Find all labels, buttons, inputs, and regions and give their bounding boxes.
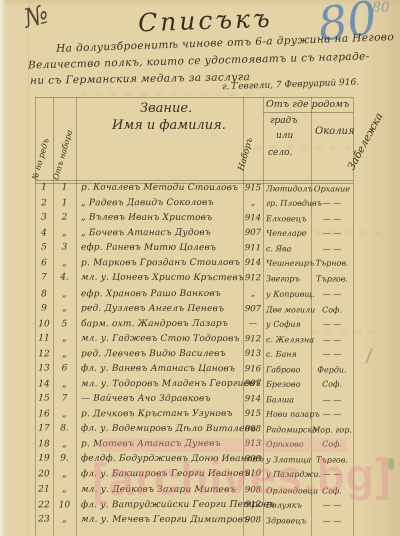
table-row: 10 5 барм. охт. Жандровъ Лазаръ — у Софи… — [35, 316, 353, 332]
cell-row-number: 21 — [35, 485, 53, 494]
cell-district: — — — [311, 199, 353, 207]
cell-row-number: 7 — [35, 274, 53, 283]
cell-birthplace: Нови пазаръ — [263, 410, 311, 418]
green-smudge — [388, 458, 394, 470]
cell-group: „ — [53, 411, 76, 420]
cell-group: „ — [53, 260, 76, 269]
cell-row-number: 2 — [35, 199, 53, 208]
cell-district: Мор. гор. — [311, 426, 353, 434]
cell-row-number: 10 — [35, 320, 53, 329]
cell-nabor-year: 907 — [243, 380, 263, 389]
watermark-text: [archives.bg] — [92, 447, 392, 506]
cell-row-number: 6 — [35, 260, 53, 269]
cell-group: 3 — [53, 244, 76, 253]
cell-group: 4. — [53, 274, 76, 283]
header-place-l1: градъ — [270, 116, 297, 126]
cell-district: Ферди. — [311, 366, 353, 374]
cell-nabor-year: 908 — [243, 426, 263, 435]
cell-group: 5 — [53, 320, 76, 329]
cell-birthplace: с. Баня — [263, 350, 311, 358]
cell-rank-name: мл. у. Тодоровъ Младенъ Георгиевъ — [76, 380, 243, 389]
header-origin-span: Отъ где родомъ — [266, 99, 349, 110]
cell-district: — — — [311, 517, 353, 525]
header-col-nabor: Наборъ — [236, 137, 255, 172]
cell-nabor-year: 908 — [243, 516, 263, 525]
cell-row-number: 20 — [35, 471, 53, 480]
cell-row-number: 15 — [35, 395, 53, 404]
subtitle-line-3: ни съ Германския медалъ за заслуга — [30, 71, 250, 87]
cell-rank-name: ред. Дузлевъ Ангелъ Пеневъ — [76, 304, 243, 314]
cell-district: Търгов. — [311, 275, 353, 283]
cell-rank-name: фл. у. Ваневъ Атанасъ Цановъ — [76, 365, 243, 375]
table-row: 9 „ ред. Дузлевъ Ангелъ Пеневъ 907 Две м… — [35, 301, 353, 317]
cell-group: 8. — [53, 425, 76, 434]
cell-group: „ — [53, 515, 76, 524]
table-row: 17 8. фл. у. Водемировъ Дѣло Виталевъ 90… — [35, 422, 353, 438]
cell-rank-name: р. Кочалевъ Методи Стоиловъ — [76, 184, 243, 194]
cell-rank-name: — Вайчевъ Ачо Здравковъ — [76, 395, 243, 405]
cell-nabor-year: 911 — [243, 245, 263, 254]
cell-rank-name: р. Дечковъ Кръстанъ Узуновъ — [76, 410, 243, 419]
cell-row-number: 13 — [35, 364, 53, 373]
cell-nabor-year: 914 — [243, 259, 263, 268]
document-title: Списъкъ — [138, 4, 274, 38]
cell-district: — — — [311, 320, 353, 328]
header-rank-line1: Звание. — [140, 101, 192, 116]
cell-nabor-year: 915 — [243, 184, 263, 193]
cell-row-number: 9 — [35, 304, 53, 313]
cell-birthplace: с. Ява — [263, 245, 311, 253]
table-row: 11 „ мл. у. Гаджевъ Стою Тодоровъ 912 с.… — [35, 331, 353, 347]
cell-birthplace: Здравецъ — [263, 516, 311, 524]
cell-birthplace: гр. Пловдивъ — [263, 199, 311, 207]
table-row: 3 2 „ Вълевъ Иванъ Христовъ 914 Елховецъ… — [35, 211, 353, 227]
cell-rank-name: ефр. Храновъ Рашо Ванковъ — [76, 289, 243, 298]
cell-district: — — — [311, 215, 353, 223]
cell-nabor-year: „ — [243, 290, 263, 299]
cell-birthplace: Чешнегиръ — [263, 260, 311, 268]
header-col-number: № по редъ — [30, 137, 50, 181]
cell-row-number: 23 — [35, 515, 53, 524]
cell-nabor-year: 913 — [243, 350, 263, 359]
cell-birthplace: Две могили — [263, 305, 311, 313]
cell-nabor-year: 916 — [243, 365, 263, 374]
cell-group: 2 — [53, 214, 76, 223]
cell-birthplace: Лютидолъ — [263, 185, 311, 193]
cell-rank-name: ред. Левчевъ Видю Василевъ — [76, 350, 243, 359]
ink-bleed — [80, 92, 260, 97]
table-row: 16 „ р. Дечковъ Кръстанъ Узуновъ 915 Нов… — [35, 407, 353, 423]
header-rank-line2: Имя и фамилия. — [112, 118, 226, 133]
cell-group: „ — [53, 485, 76, 494]
cell-rank-name: мл. у. Гаджевъ Стою Тодоровъ — [76, 334, 243, 344]
table-row: 1 1 р. Кочалевъ Методи Стоиловъ 915 Люти… — [35, 180, 353, 196]
table-row: 12 „ ред. Левчевъ Видю Василевъ 913 с. Б… — [35, 346, 353, 362]
cell-group: „ — [53, 471, 76, 480]
table-row: 8 „ ефр. Храновъ Рашо Ванковъ „ у Коприв… — [35, 286, 353, 302]
grid-hline-top — [35, 97, 353, 98]
cell-district: — — — [311, 396, 353, 404]
cell-birthplace: у Копривщ. — [263, 290, 311, 298]
cell-district: Соф. — [311, 380, 353, 388]
cell-district: — — — [311, 336, 353, 344]
table-row: 15 7 — Вайчевъ Ачо Здравковъ 914 Балша —… — [35, 392, 353, 408]
cell-group: 6 — [53, 364, 76, 373]
header-col-group: Отъ набора — [51, 129, 74, 181]
cell-row-number: 22 — [35, 501, 53, 510]
cell-rank-name: фл. у. Водемировъ Дѣло Виталевъ — [76, 425, 243, 435]
table-row: 7 4. мл. у. Цоневъ Христо Кръстевъ 912 З… — [35, 271, 353, 287]
cell-row-number: 16 — [35, 411, 53, 420]
cell-birthplace: с. Желязна — [263, 336, 311, 344]
cell-district: — — — [311, 350, 353, 358]
ink-bleed — [300, 230, 380, 235]
cell-district: — — — [311, 245, 353, 253]
cell-birthplace: Балша — [263, 396, 311, 404]
table-row: 2 1 „ Радевъ Давидъ Соколовъ „ гр. Пловд… — [35, 196, 353, 212]
cell-birthplace: Радомирско — [263, 426, 311, 434]
cell-nabor-year: 915 — [243, 410, 263, 419]
table-row: 5 3 ефр. Раневъ Митю Цолевъ 911 с. Ява —… — [35, 241, 353, 257]
cell-nabor-year: 912 — [243, 275, 263, 284]
table-row: 13 6 фл. у. Ваневъ Атанасъ Цановъ 916 Га… — [35, 361, 353, 377]
cell-rank-name: мл. у. Мечевъ Георги Димитровъ — [76, 515, 243, 525]
paper-edge-left — [0, 0, 6, 536]
ink-bleed — [240, 145, 350, 150]
cell-group: „ — [53, 334, 76, 343]
document-page: № Списъкъ 80 80 На долуизброенитѣ чинове… — [0, 0, 400, 536]
grid-hline-origin-span — [263, 112, 353, 113]
cell-row-number: 17 — [35, 425, 53, 434]
cell-group: „ — [53, 350, 76, 359]
cell-nabor-year: 912 — [243, 335, 263, 344]
cell-district: Търнов. — [311, 260, 353, 268]
table-row: 6 „ р. Марковъ Грозданъ Стоиловъ 914 Чеш… — [35, 256, 353, 272]
cell-row-number: 14 — [35, 380, 53, 389]
cell-row-number: 8 — [35, 290, 53, 299]
cell-group: „ — [53, 380, 76, 389]
cell-birthplace: Елховецъ — [263, 215, 311, 223]
cell-nabor-year: 914 — [243, 396, 263, 405]
cell-row-number: 4 — [35, 230, 53, 239]
cell-group: „ — [53, 441, 76, 450]
cell-birthplace: Звегоръ — [263, 275, 311, 283]
cell-row-number: 19 — [35, 455, 53, 464]
cell-row-number: 1 — [35, 183, 53, 192]
paper-crease — [28, 0, 29, 536]
cell-nabor-year: — — [243, 320, 263, 329]
cell-district: — — — [311, 410, 353, 418]
header-okoliya: Околия — [315, 126, 355, 137]
cell-rank-name: мл. у. Цоневъ Христо Кръстевъ — [76, 274, 243, 284]
table-row: 23 „ мл. у. Мечевъ Георги Димитровъ 908 … — [35, 512, 353, 528]
cell-nabor-year: 907 — [243, 229, 263, 238]
cell-rank-name: „ Радевъ Давидъ Соколовъ — [76, 199, 243, 208]
cell-group: 10 — [53, 501, 76, 510]
cell-birthplace: у София — [263, 320, 311, 328]
ink-bleed — [310, 330, 380, 335]
cell-birthplace: Брезово — [263, 380, 311, 388]
cell-district: — — — [311, 290, 353, 298]
cell-row-number: 3 — [35, 214, 53, 223]
cell-district: Орхание — [311, 185, 353, 193]
cell-row-number: 18 — [35, 441, 53, 450]
cell-rank-name: ефр. Раневъ Митю Цолевъ — [76, 244, 243, 254]
cell-nabor-year: 907 — [243, 305, 263, 314]
table-row: 14 „ мл. у. Тодоровъ Младенъ Георгиевъ 9… — [35, 377, 353, 393]
cell-row-number: 5 — [35, 244, 53, 253]
cell-row-number: 11 — [35, 334, 53, 343]
cell-group: 1 — [53, 184, 76, 193]
cell-group: „ — [53, 230, 76, 239]
cell-rank-name: „ Бочевъ Атанасъ Дудовъ — [76, 229, 243, 238]
cell-group: 1 — [53, 199, 76, 208]
cell-row-number: 12 — [35, 350, 53, 359]
cell-group: 7 — [53, 395, 76, 404]
cell-nabor-year: 914 — [243, 215, 263, 224]
cell-group: „ — [53, 304, 76, 313]
cell-birthplace: Габрово — [263, 366, 311, 374]
cell-group: 9. — [53, 455, 76, 464]
header-place-l2: или — [276, 131, 293, 141]
cell-rank-name: р. Марковъ Грозданъ Стоиловъ — [76, 259, 243, 268]
cell-nabor-year: „ — [243, 199, 263, 208]
cell-district: Соф. — [311, 306, 353, 314]
cell-rank-name: „ Вълевъ Иванъ Христовъ — [76, 214, 243, 224]
cell-group: „ — [53, 290, 76, 299]
cell-rank-name: барм. охт. Жандровъ Лазаръ — [76, 320, 243, 329]
faint-corner-number: 80 — [372, 0, 390, 16]
